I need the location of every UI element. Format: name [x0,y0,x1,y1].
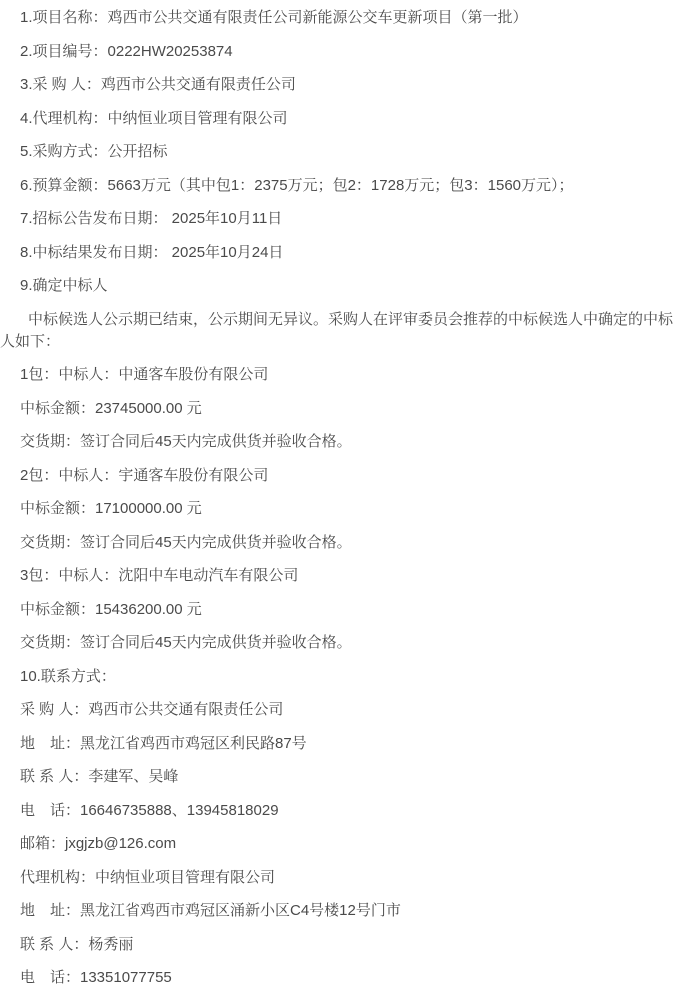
purchaser-contact-block: 采 购 人：鸡西市公共交通有限责任公司 地 址：黑龙江省鸡西市鸡冠区利民路87号… [0,699,687,855]
agency-name-line: 代理机构：中纳恒业项目管理有限公司 [0,867,687,889]
tender-notice-date-line: 7.招标公告发布日期： 2025年10月11日 [0,208,687,230]
award-statement: 中标候选人公示期已结束，公示期间无异议。采购人在评审委员会推荐的中标候选人中确定… [0,309,687,353]
award-section: 9.确定中标人 中标候选人公示期已结束，公示期间无异议。采购人在评审委员会推荐的… [0,275,687,654]
procurement-method-line: 5.采购方式：公开招标 [0,141,687,163]
package-2-block: 2包：中标人：宇通客车股份有限公司 中标金额：17100000.00 元 交货期… [0,465,687,554]
budget-line: 6.预算金额：5663万元（其中包1：2375万元；包2：1728万元；包3：1… [0,175,687,197]
package-delivery-line: 交货期：签订合同后45天内完成供货并验收合格。 [0,532,687,554]
contact-heading: 10.联系方式： [0,666,687,688]
project-name-line: 1.项目名称：鸡西市公共交通有限责任公司新能源公交车更新项目（第一批） [0,7,687,29]
award-notice-document: 1.项目名称：鸡西市公共交通有限责任公司新能源公交车更新项目（第一批） 2.项目… [0,7,687,989]
package-winner-line: 3包：中标人：沈阳中车电动汽车有限公司 [0,565,687,587]
agency-contact-person-line: 联 系 人：杨秀丽 [0,934,687,956]
package-3-block: 3包：中标人：沈阳中车电动汽车有限公司 中标金额：15436200.00 元 交… [0,565,687,654]
purchaser-address-line: 地 址：黑龙江省鸡西市鸡冠区利民路87号 [0,733,687,755]
project-number-line: 2.项目编号：0222HW20253874 [0,41,687,63]
purchaser-contact-person-line: 联 系 人：李建军、吴峰 [0,766,687,788]
package-amount-line: 中标金额：17100000.00 元 [0,498,687,520]
award-result-date-line: 8.中标结果发布日期： 2025年10月24日 [0,242,687,264]
package-amount-line: 中标金额：15436200.00 元 [0,599,687,621]
package-winner-line: 1包：中标人：中通客车股份有限公司 [0,364,687,386]
package-winner-line: 2包：中标人：宇通客车股份有限公司 [0,465,687,487]
package-delivery-line: 交货期：签订合同后45天内完成供货并验收合格。 [0,431,687,453]
purchaser-line: 3.采 购 人：鸡西市公共交通有限责任公司 [0,74,687,96]
agency-line: 4.代理机构：中纳恒业项目管理有限公司 [0,108,687,130]
purchaser-phone-line: 电 话：16646735888、13945818029 [0,800,687,822]
package-1-block: 1包：中标人：中通客车股份有限公司 中标金额：23745000.00 元 交货期… [0,364,687,453]
package-delivery-line: 交货期：签订合同后45天内完成供货并验收合格。 [0,632,687,654]
agency-phone-line: 电 话：13351077755 [0,967,687,989]
award-heading: 9.确定中标人 [0,275,687,297]
package-amount-line: 中标金额：23745000.00 元 [0,398,687,420]
agency-address-line: 地 址：黑龙江省鸡西市鸡冠区涌新小区C4号楼12号门市 [0,900,687,922]
contact-section: 10.联系方式： 采 购 人：鸡西市公共交通有限责任公司 地 址：黑龙江省鸡西市… [0,666,687,990]
agency-contact-block: 代理机构：中纳恒业项目管理有限公司 地 址：黑龙江省鸡西市鸡冠区涌新小区C4号楼… [0,867,687,990]
purchaser-email-line: 邮箱：jxgjzb@126.com [0,833,687,855]
purchaser-name-line: 采 购 人：鸡西市公共交通有限责任公司 [0,699,687,721]
project-info-section: 1.项目名称：鸡西市公共交通有限责任公司新能源公交车更新项目（第一批） 2.项目… [0,7,687,264]
